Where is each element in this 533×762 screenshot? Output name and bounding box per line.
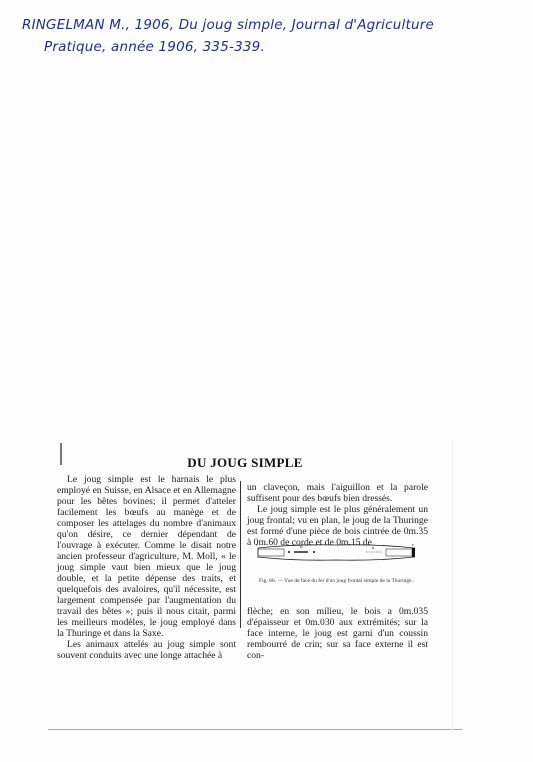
figure-label: r	[256, 542, 258, 547]
handwritten-citation: RINGELMAN M., 1906, Du joug simple, Jour…	[22, 14, 522, 58]
paragraph: Le joug simple est le harnais le plus em…	[57, 474, 236, 639]
paragraph: flèche; en son milieu, le bois a 0m.035 …	[247, 606, 428, 661]
clipping-right-edge	[452, 440, 453, 730]
article-title: DU JOUG SIMPLE	[60, 455, 430, 471]
figure-label: r	[412, 542, 414, 547]
paragraph: Les animaux attelés au joug simple sont …	[57, 639, 236, 661]
clipping-bottom-edge	[48, 729, 462, 730]
figure-label: b	[300, 544, 303, 549]
paragraph: un claveçon, mais l'aiguillon et la paro…	[247, 482, 428, 504]
right-column-bottom: flèche; en son milieu, le bois a 0m.035 …	[247, 606, 428, 661]
figure-label: a	[372, 545, 375, 550]
figure-caption: Fig. 66. — Vue de face du fer d'un joug …	[250, 578, 422, 585]
column-rule	[240, 481, 241, 628]
left-column: Le joug simple est le harnais le plus em…	[57, 474, 236, 661]
citation-line-2: Pratique, année 1906, 335-339.	[22, 36, 522, 58]
right-column-top: un claveçon, mais l'aiguillon et la paro…	[247, 482, 428, 548]
yoke-figure: r b a r	[254, 542, 419, 564]
citation-line-1: RINGELMAN M., 1906, Du joug simple, Jour…	[22, 17, 434, 33]
